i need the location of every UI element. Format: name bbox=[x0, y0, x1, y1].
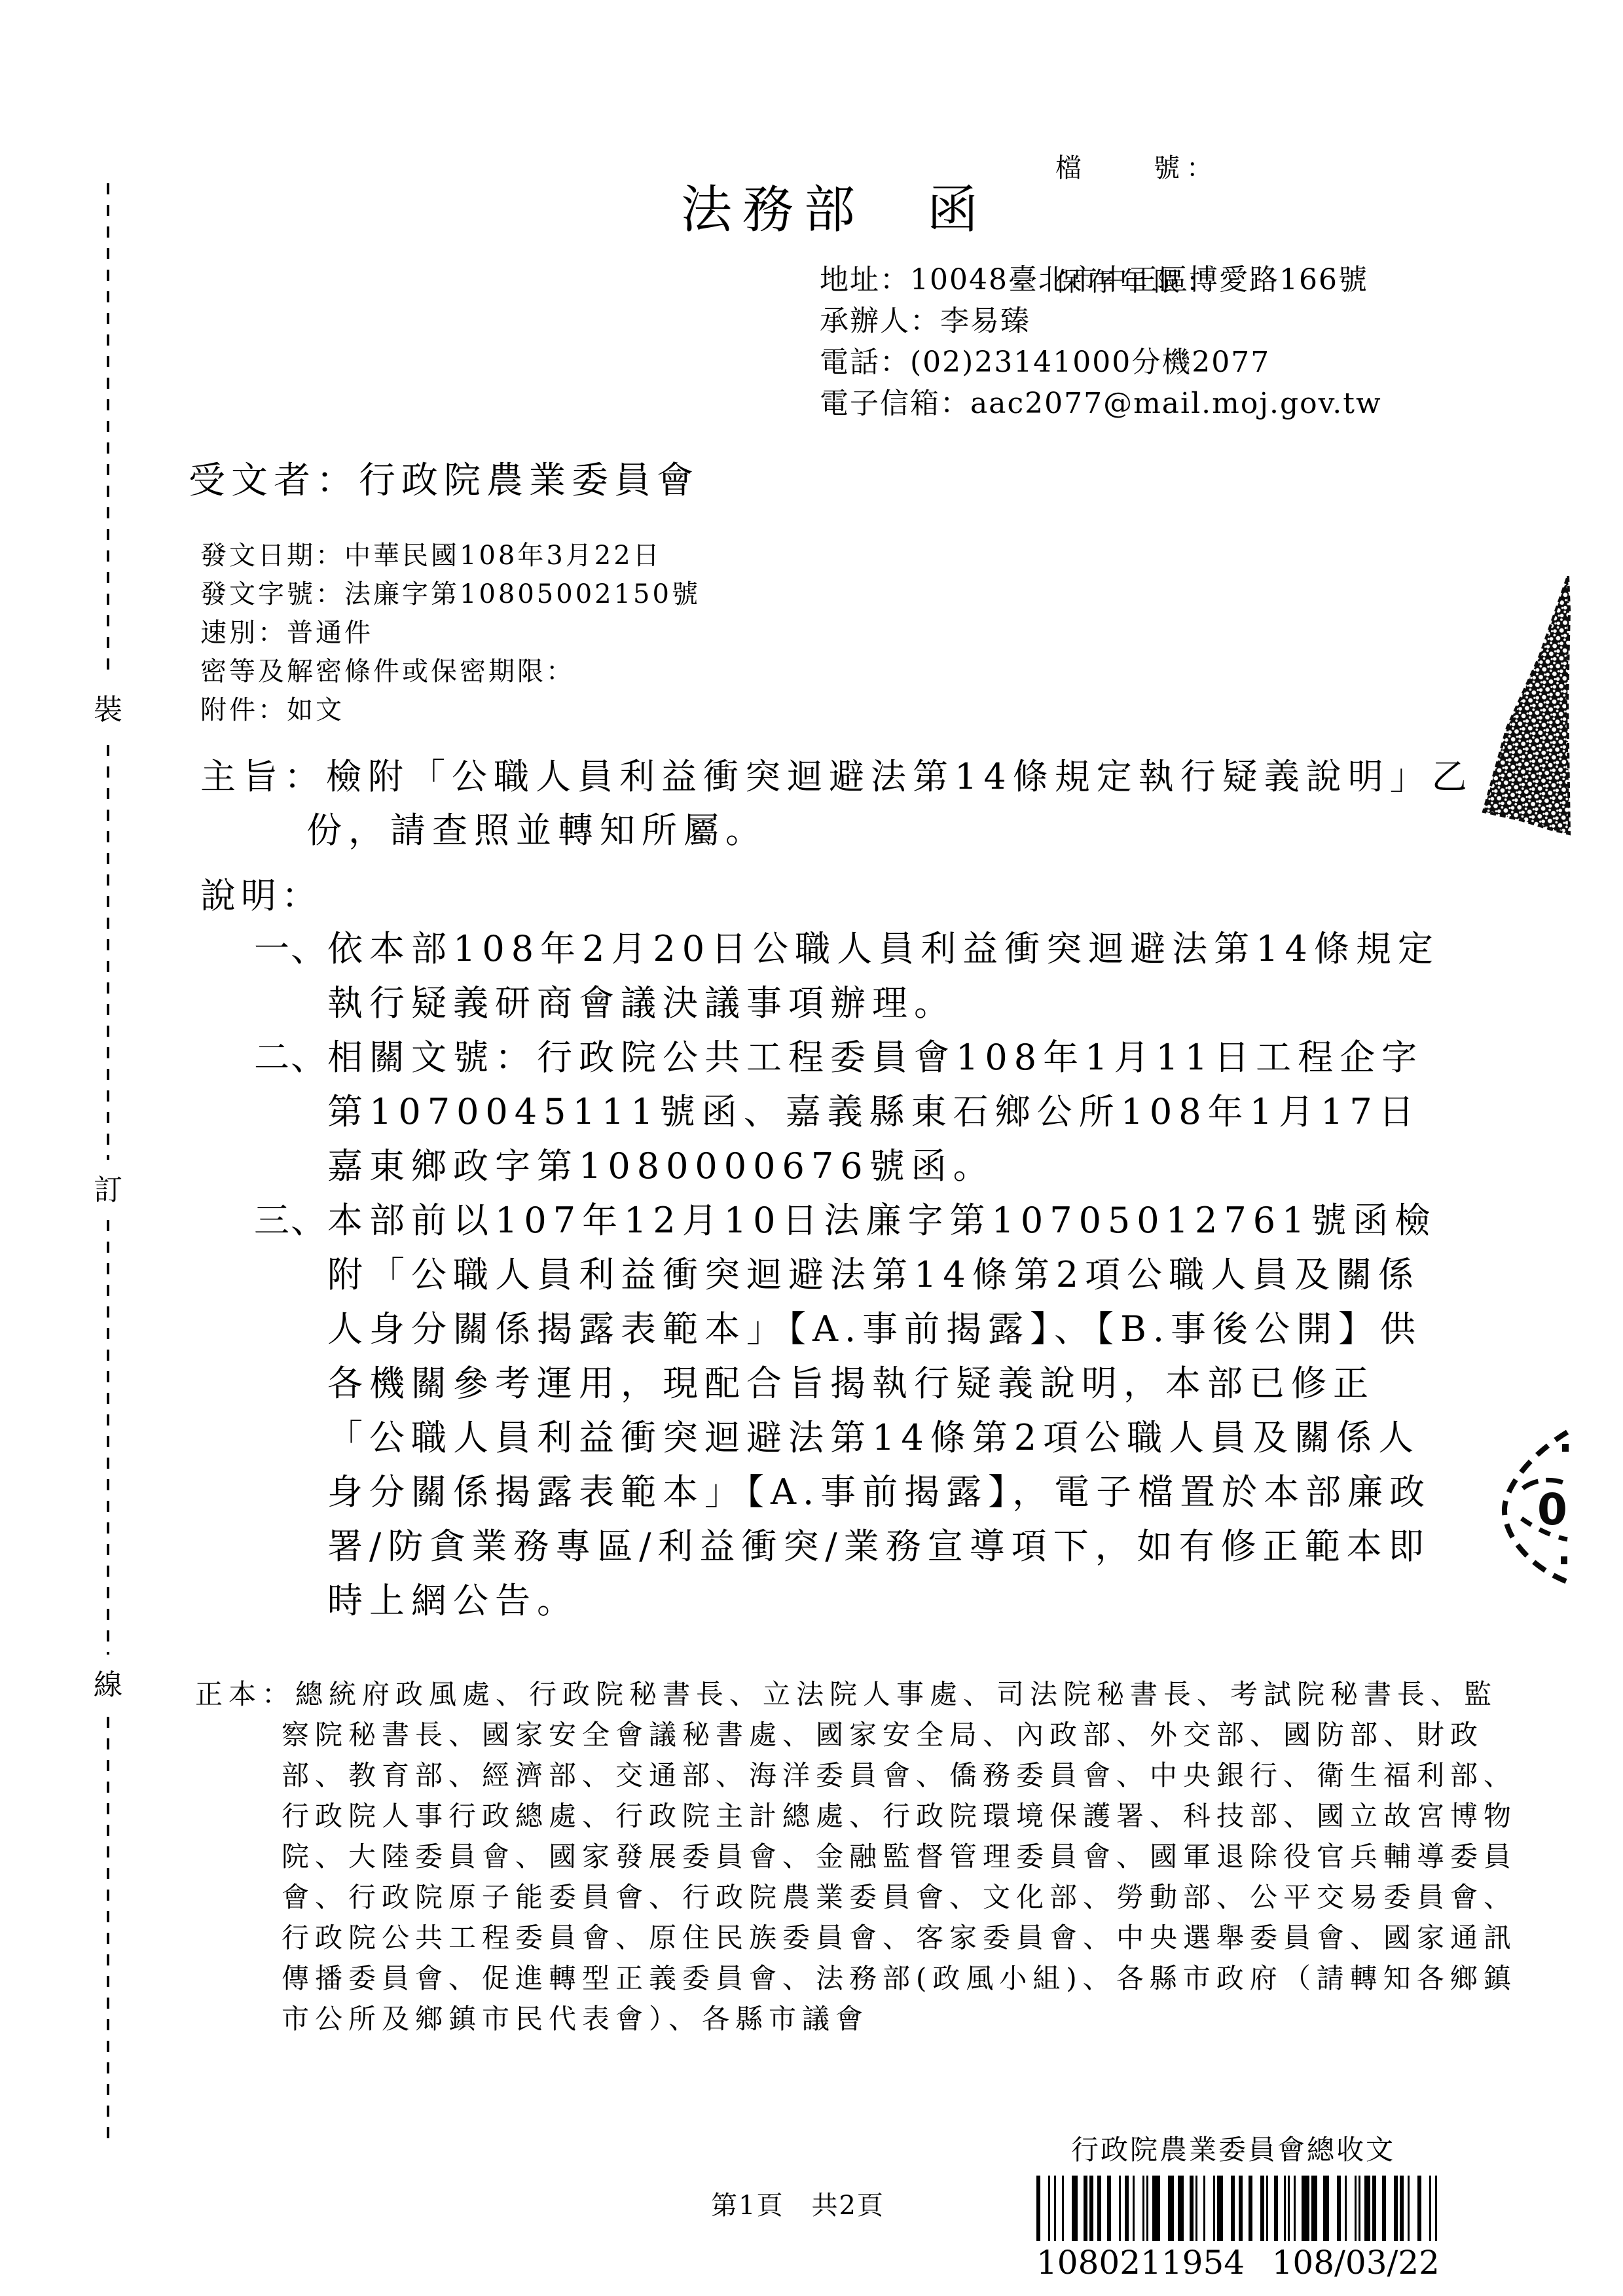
sender-phone: 電話：(02)23141000分機2077 bbox=[820, 342, 1382, 383]
issue-date-line: 發文日期：中華民國108年3月22日 bbox=[200, 537, 701, 575]
barcode-bar bbox=[1119, 2176, 1121, 2241]
barcode-bar bbox=[1274, 2176, 1278, 2241]
barcode-bar bbox=[1084, 2176, 1087, 2241]
barcode-bar bbox=[1382, 2176, 1386, 2241]
barcode-bar bbox=[1133, 2176, 1135, 2241]
page-indicator: 第1頁 共2頁 bbox=[711, 2185, 884, 2222]
barcode-bar bbox=[1178, 2176, 1184, 2241]
issue-number-line: 發文字號：法廉字第10805002150號 bbox=[200, 575, 701, 614]
subject-label: 主旨： bbox=[200, 756, 326, 797]
description-item-3: 三、 本部前以107年12月10日法廉字第10705012761號函檢附「公職人… bbox=[254, 1193, 1454, 1628]
barcode-bar bbox=[1048, 2176, 1050, 2241]
barcode-bar bbox=[1054, 2176, 1056, 2241]
barcode-bar bbox=[1400, 2176, 1404, 2241]
item-number: 一、 bbox=[254, 922, 327, 1030]
document-page: 檔 號： 保存年限： 法務部 函 地址：10048臺北市中正區博愛路166號 承… bbox=[0, 0, 1623, 2296]
barcode-bar bbox=[1036, 2176, 1040, 2241]
item-text: 本部前以107年12月10日法廉字第10705012761號函檢附「公職人員利益… bbox=[327, 1193, 1454, 1628]
attachment-line: 附件：如文 bbox=[200, 691, 701, 730]
stamp-triangle-graphic bbox=[1476, 571, 1571, 839]
priority-line: 速別：普通件 bbox=[200, 614, 701, 653]
receipt-number: 1080211954 bbox=[1036, 2244, 1245, 2282]
barcode-bar bbox=[1284, 2176, 1286, 2241]
item-number: 三、 bbox=[254, 1193, 327, 1628]
recipient-line: 受文者：行政院農業委員會 bbox=[189, 452, 699, 504]
barcode-bar bbox=[1288, 2176, 1290, 2241]
receipt-agency: 行政院農業委員會總收文 bbox=[1071, 2128, 1440, 2168]
barcode-bar bbox=[1372, 2176, 1376, 2241]
receipt-date: 108/03/22 bbox=[1272, 2244, 1440, 2282]
barcode-bar bbox=[1394, 2176, 1398, 2241]
copy-text: 總統府政風處、行政院秘書長、立法院人事處、司法院秘書長、考試院秘書長、監察院秘書… bbox=[282, 1678, 1517, 2035]
description-item-1: 一、 依本部108年2月20日公職人員利益衝突迴避法第14條規定執行疑義研商會議… bbox=[254, 922, 1454, 1030]
barcode-bar bbox=[1062, 2176, 1064, 2241]
barcode-bar bbox=[1097, 2176, 1101, 2241]
copy-recipients: 正本：總統府政風處、行政院秘書長、立法院人事處、司法院秘書長、考試院秘書長、監察… bbox=[195, 1674, 1529, 2039]
barcode-bar bbox=[1152, 2176, 1160, 2241]
sender-email: 電子信箱：aac2077@mail.moj.gov.tw bbox=[820, 383, 1382, 424]
barcode-bar bbox=[1311, 2176, 1317, 2241]
barcode-bar bbox=[1072, 2176, 1078, 2241]
subject-text: 檢附「公職人員利益衝突迴避法第14條規定執行疑義說明」乙份，請查照並轉知所屬。 bbox=[306, 756, 1474, 851]
barcode-bar bbox=[1107, 2176, 1111, 2241]
receipt-stamp: 行政院農業委員會總收文 1080211954 108/03/22 bbox=[1036, 2128, 1440, 2282]
barcode-bar bbox=[1168, 2176, 1174, 2241]
barcode-bar bbox=[1323, 2176, 1329, 2241]
barcode-bar bbox=[1239, 2176, 1243, 2241]
description-list: 一、 依本部108年2月20日公職人員利益衝突迴避法第14條規定執行疑義研商會議… bbox=[254, 922, 1454, 1628]
barcode-bar bbox=[1249, 2176, 1252, 2241]
barcode-bar bbox=[1195, 2176, 1197, 2241]
barcode-bar bbox=[1203, 2176, 1205, 2241]
barcode-bar bbox=[1213, 2176, 1215, 2241]
stamp-digit: 0 bbox=[1537, 1484, 1567, 1535]
barcode-bar bbox=[1408, 2176, 1410, 2241]
stamp-fragment-triangle bbox=[1476, 571, 1571, 839]
item-text: 依本部108年2月20日公職人員利益衝突迴避法第14條規定執行疑義研商會議決議事… bbox=[327, 922, 1454, 1030]
receipt-barcode bbox=[1036, 2176, 1440, 2241]
barcode-bar bbox=[1345, 2176, 1347, 2241]
barcode-bar bbox=[1359, 2176, 1360, 2241]
barcode-bar bbox=[1364, 2176, 1370, 2241]
barcode-bar bbox=[1190, 2176, 1194, 2241]
copy-label: 正本： bbox=[195, 1678, 295, 1710]
description-item-2: 二、 相關文號：行政院公共工程委員會108年1月11日工程企字第10700451… bbox=[254, 1030, 1454, 1193]
item-text: 相關文號：行政院公共工程委員會108年1月11日工程企字第1070045111號… bbox=[327, 1030, 1454, 1193]
sender-address: 地址：10048臺北市中正區博愛路166號 bbox=[820, 259, 1382, 300]
barcode-bar bbox=[1337, 2176, 1341, 2241]
barcode-bar bbox=[1089, 2176, 1093, 2241]
binding-mark-ding: 訂 bbox=[92, 1160, 124, 1215]
barcode-bar bbox=[1302, 2176, 1309, 2241]
barcode-bar bbox=[1266, 2176, 1268, 2241]
barcode-bar bbox=[1146, 2176, 1148, 2241]
receipt-numbers: 1080211954 108/03/22 bbox=[1036, 2244, 1440, 2282]
subject-paragraph: 主旨：檢附「公職人員利益衝突迴避法第14條規定執行疑義說明」乙份，請查照並轉知所… bbox=[200, 750, 1531, 857]
sender-contact-person: 承辦人：李易臻 bbox=[820, 300, 1382, 342]
stamp-fragment-circle: 0 bbox=[1497, 1428, 1571, 1585]
binding-mark-xian: 線 bbox=[92, 1655, 124, 1710]
barcode-bar bbox=[1429, 2176, 1431, 2241]
file-number-label: 檔 號： bbox=[1055, 149, 1219, 187]
barcode-bar bbox=[1142, 2176, 1144, 2241]
classification-line: 密等及解密條件或保密期限： bbox=[200, 653, 701, 691]
barcode-bar bbox=[1435, 2176, 1437, 2241]
barcode-bar bbox=[1294, 2176, 1296, 2241]
barcode-bar bbox=[1231, 2176, 1235, 2241]
binding-mark-zhuang: 裝 bbox=[92, 679, 124, 734]
barcode-bar bbox=[1217, 2176, 1223, 2241]
description-label: 說明： bbox=[200, 868, 322, 918]
barcode-bar bbox=[1355, 2176, 1357, 2241]
barcode-bar bbox=[1260, 2176, 1264, 2241]
barcode-bar bbox=[1417, 2176, 1421, 2241]
sender-info: 地址：10048臺北市中正區博愛路166號 承辦人：李易臻 電話：(02)231… bbox=[820, 259, 1382, 424]
meta-block: 發文日期：中華民國108年3月22日 發文字號：法廉字第10805002150號… bbox=[200, 537, 701, 730]
document-title: 法務部 函 bbox=[681, 169, 989, 242]
item-number: 二、 bbox=[254, 1030, 327, 1193]
barcode-bar bbox=[1125, 2176, 1129, 2241]
